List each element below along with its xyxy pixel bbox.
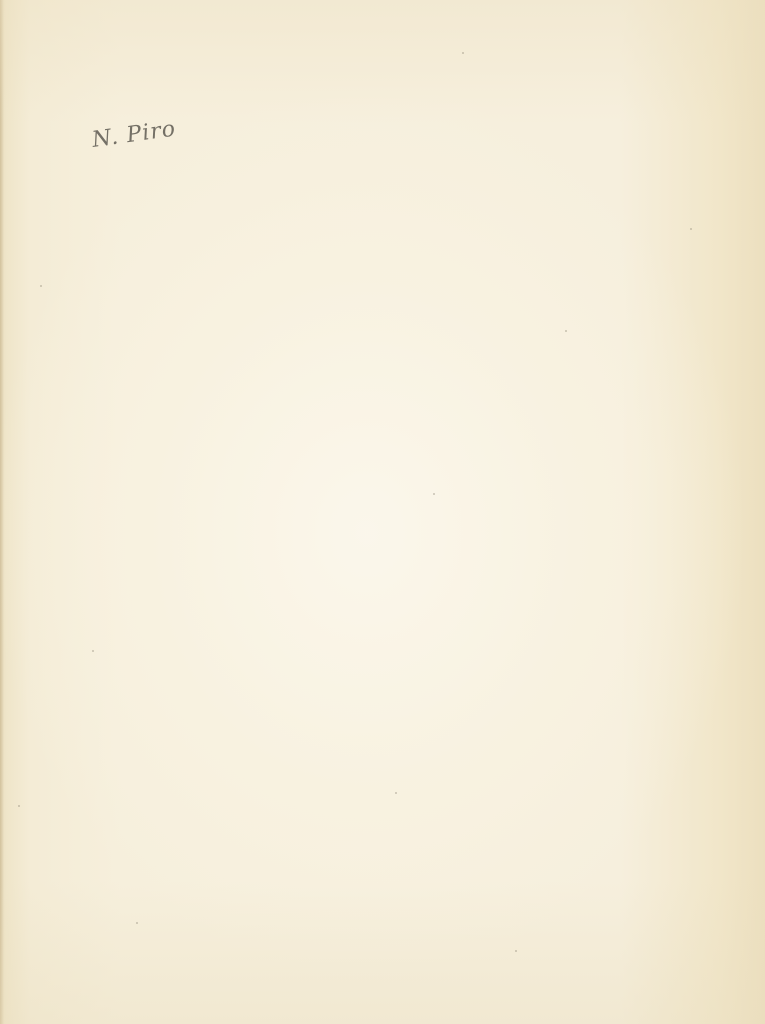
- paper-speck: [433, 493, 435, 495]
- paper-speck: [40, 285, 42, 287]
- paper-speck: [136, 922, 138, 924]
- scanned-page: N. Piro: [0, 0, 765, 1024]
- paper-speck: [18, 805, 20, 807]
- paper-speck: [690, 228, 692, 230]
- paper-speck: [462, 52, 464, 54]
- handwritten-signature: N. Piro: [91, 116, 178, 153]
- paper-speck: [92, 650, 94, 652]
- paper-speck: [515, 950, 517, 952]
- paper-speck: [395, 792, 397, 794]
- paper-speck: [565, 330, 567, 332]
